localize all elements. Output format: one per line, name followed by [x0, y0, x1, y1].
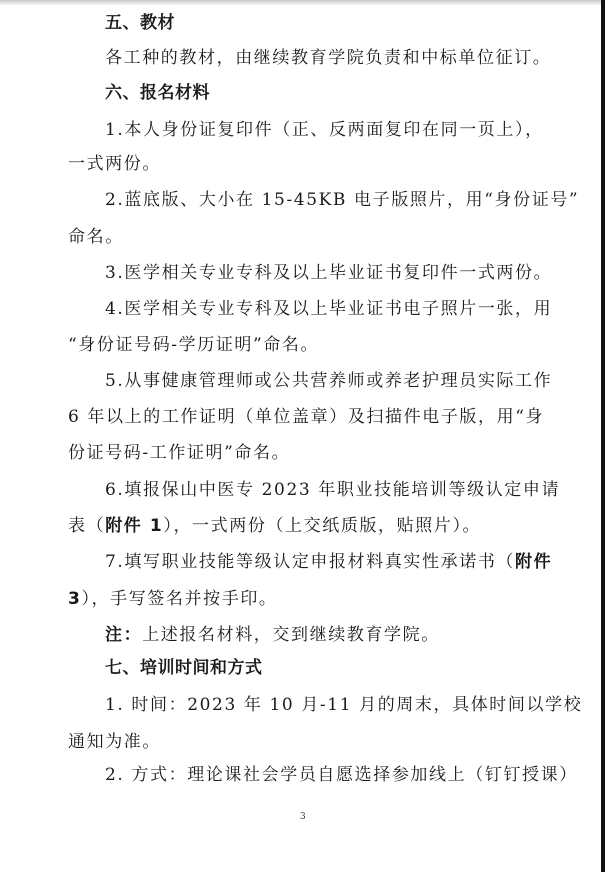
note: 注：上述报名材料，交到继续教育学院。: [105, 624, 440, 646]
attachment-ref: 附件 1: [105, 516, 163, 536]
paragraph: 2.蓝底版、大小在 15-45KB 电子版照片，用“身份证号”: [105, 189, 579, 211]
paragraph: 各工种的教材，由继续教育学院负责和中标单位征订。: [105, 47, 551, 69]
paragraph: 一式两份。: [68, 153, 161, 175]
viewer-scrollbar-edge[interactable]: [601, 0, 605, 872]
paragraph: 1.本人身份证复印件（正、反两面复印在同一页上），: [105, 119, 544, 141]
section-heading-training: 七、培训时间和方式: [105, 657, 263, 679]
paragraph: 2. 方式：理论课社会学员自愿选择参加线上（钉钉授课）: [105, 764, 578, 786]
paragraph: 通知为准。: [68, 731, 161, 753]
paragraph: “身份证号码-学历证明”命名。: [68, 334, 319, 356]
paragraph: 5.从事健康管理师或公共营养师或养老护理员实际工作: [105, 370, 552, 392]
paragraph: 7.填写职业技能等级认定申报材料真实性承诺书（附件: [105, 551, 552, 573]
paragraph: 6.填报保山中医专 2023 年职业技能培训等级认定申请: [105, 479, 560, 501]
paragraph: 4.医学相关专业专科及以上毕业证书电子照片一张，用: [105, 298, 552, 320]
section-heading-materials: 六、报名材料: [105, 82, 210, 104]
paragraph: 1. 时间：2023 年 10 月-11 月的周末，具体时间以学校: [105, 694, 582, 716]
section-heading-textbooks: 五、教材: [105, 12, 175, 34]
paragraph: 表（附件 1），一式两份（上交纸质版，贴照片）。: [68, 515, 481, 537]
note-label: 注：: [105, 625, 142, 645]
paragraph: 3.医学相关专业专科及以上毕业证书复印件一式两份。: [105, 262, 552, 284]
attachment-ref: 附件: [515, 552, 552, 572]
paragraph: 份证号码-工作证明”命名。: [68, 442, 290, 464]
paragraph: 命名。: [68, 226, 124, 248]
paragraph: 3），手写签名并按手印。: [68, 588, 278, 610]
page-number: 3: [300, 812, 306, 822]
document-page: 五、教材 各工种的教材，由继续教育学院负责和中标单位征订。 六、报名材料 1.本…: [0, 0, 601, 872]
paragraph: 6 年以上的工作证明（单位盖章）及扫描件电子版，用“身: [68, 406, 544, 428]
